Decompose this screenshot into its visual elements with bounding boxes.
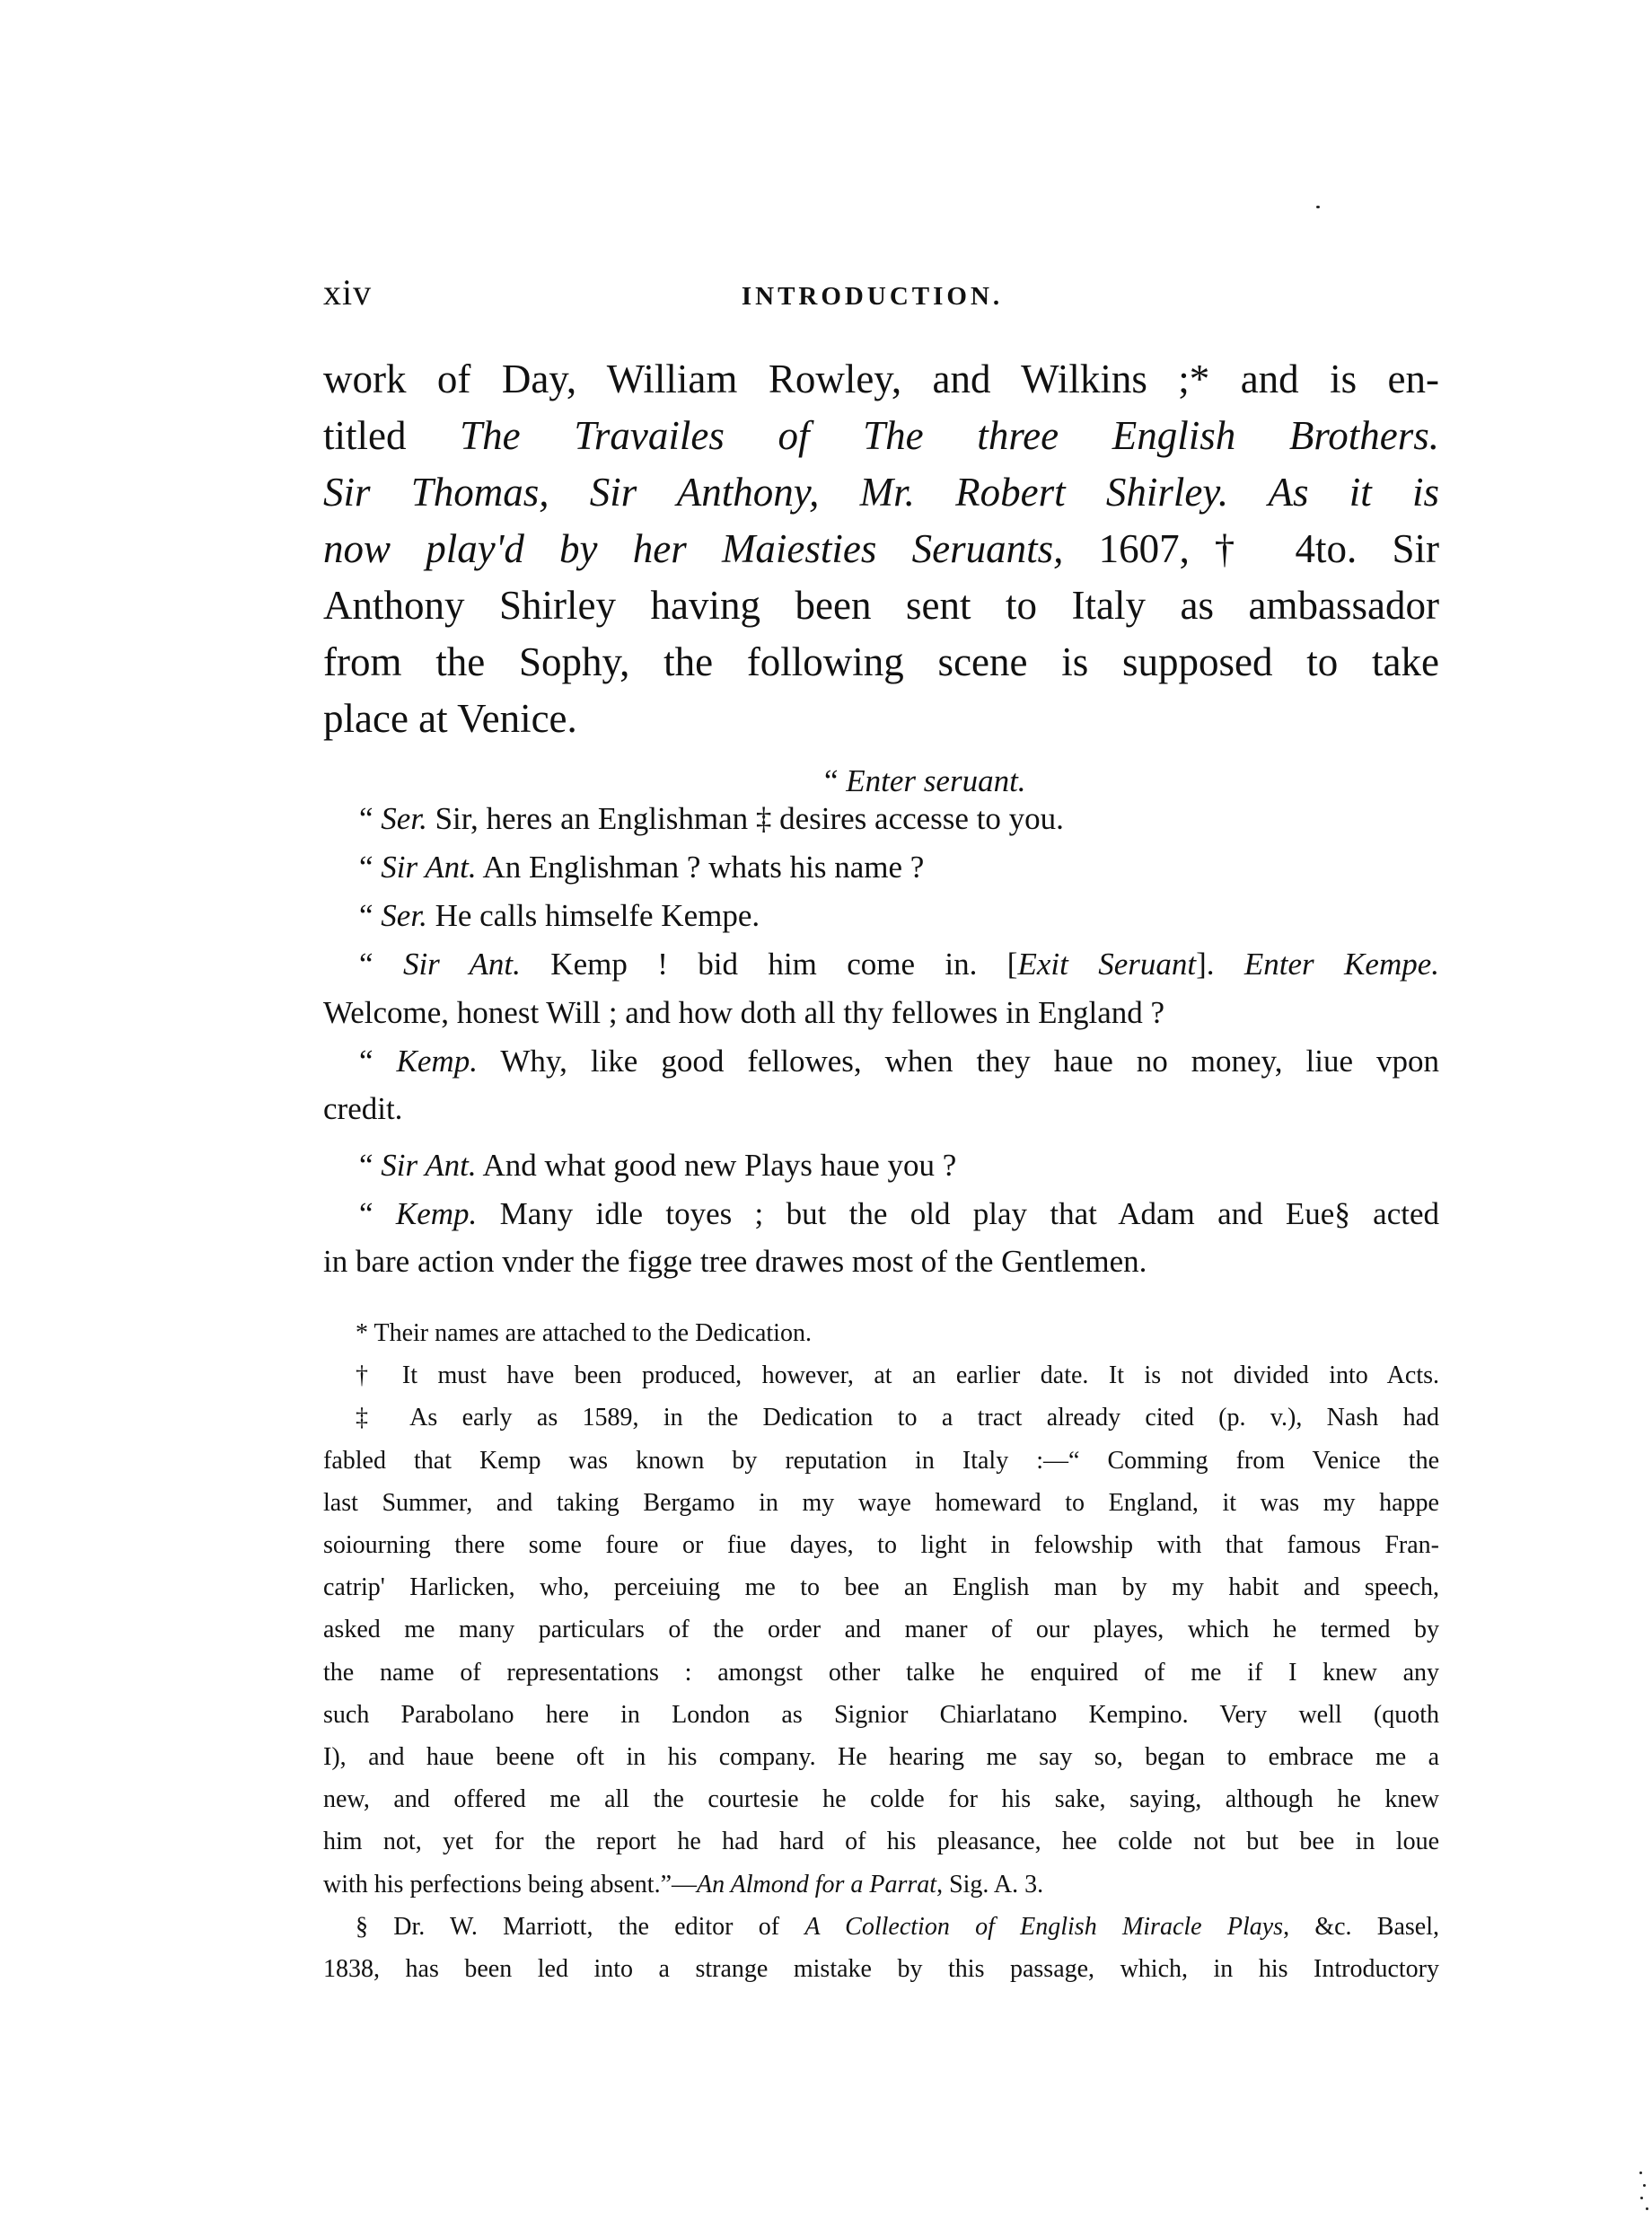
footnote-line: catrip' Harlicken, who, perceiuing me to… <box>323 1572 1439 1604</box>
dialogue-line: credit. <box>323 1089 1439 1129</box>
footnote-line: him not, yet for the report he had hard … <box>323 1826 1439 1858</box>
scan-speck <box>1639 2172 1642 2174</box>
text-run: credit. <box>323 1091 402 1126</box>
body-line: work of Day, William Rowley, and Wilkins… <box>323 356 1439 402</box>
italic-text: Enter seruant. <box>846 763 1025 798</box>
dialogue-line: “ Sir Ant. And what good new Plays haue … <box>323 1146 1439 1185</box>
text-run: place at Venice. <box>323 696 577 741</box>
italic-text: Sir Ant. <box>381 850 476 885</box>
text-run: “ <box>824 763 846 798</box>
text-run: “ <box>359 850 381 885</box>
body-line: titled The Travailes of The three Englis… <box>323 412 1439 459</box>
footnote-line: 1838, has been led into a strange mistak… <box>323 1953 1439 1986</box>
footnote-line: I), and haue beene oft in his company. H… <box>323 1741 1439 1774</box>
italic-text: A Collection of English Miracle Plays <box>804 1913 1283 1941</box>
italic-text: Sir Thomas, Sir Anthony, Mr. Robert Shir… <box>323 470 1439 515</box>
footnote-line: with his perfections being absent.”—An A… <box>323 1869 1439 1901</box>
dialogue-line: “ Sir Ant. An Englishman ? whats his nam… <box>323 848 1439 887</box>
italic-text: The Travailes of The three English Broth… <box>460 413 1439 458</box>
text-run: , &c. Basel, <box>1283 1913 1439 1941</box>
italic-text: Sir Ant. <box>381 1148 476 1183</box>
dialogue-line: “ Kemp. Why, like good fellowes, when th… <box>323 1042 1439 1081</box>
italic-text: Kemp. <box>396 1196 477 1231</box>
text-run: I), and haue beene oft in his company. H… <box>323 1743 1439 1771</box>
scan-speck <box>1643 2184 1646 2187</box>
text-run: from the Sophy, the following scene is s… <box>323 639 1439 684</box>
scan-speck <box>1646 2207 1648 2210</box>
dialogue-line: “ Ser. He calls himselfe Kempe. <box>323 896 1439 936</box>
text-run: soiourning there some foure or fiue daye… <box>323 1531 1439 1559</box>
text-run: * Their names are attached to the Dedica… <box>356 1319 812 1347</box>
dialogue-line: “ Sir Ant. Kemp ! bid him come in. [Exit… <box>323 945 1439 984</box>
body-line: from the Sophy, the following scene is s… <box>323 639 1439 685</box>
text-run: Anthony Shirley having been sent to Ital… <box>323 583 1439 628</box>
dialogue-line: “ Ser. Sir, heres an Englishman ‡ desire… <box>323 799 1439 839</box>
text-run: 1838, has been led into a strange mistak… <box>323 1955 1439 1983</box>
body-line: now play'd by her Maiesties Seruants, 16… <box>323 525 1439 572</box>
text-run: fabled that Kemp was known by reputation… <box>323 1447 1439 1475</box>
text-run: An Englishman ? whats his name ? <box>477 850 925 885</box>
text-run: Sir, heres an Englishman ‡ desires acces… <box>427 801 1064 836</box>
italic-text: Kemp. <box>397 1044 478 1079</box>
book-page: xiv INTRODUCTION. work of Day, William R… <box>0 0 1652 2220</box>
footnote-line: * Their names are attached to the Dedica… <box>323 1317 1439 1350</box>
text-run: † It must have been produced, however, a… <box>356 1361 1439 1389</box>
dialogue-line: in bare action vnder the figge tree draw… <box>323 1242 1439 1282</box>
dialogue-line: “ Kemp. Many idle toyes ; but the old pl… <box>323 1194 1439 1234</box>
footnote-line: last Summer, and taking Bergamo in my wa… <box>323 1487 1439 1520</box>
text-run: 1607,† 4to. Sir <box>1063 526 1439 571</box>
text-run: new, and offered me all the courtesie he… <box>323 1785 1439 1813</box>
italic-text: An Almond for a Parrat <box>697 1871 936 1898</box>
italic-text: Ser. <box>381 898 427 933</box>
text-run: , Sig. A. 3. <box>936 1871 1043 1898</box>
scan-speck <box>1640 2197 1643 2199</box>
dialogue-line: Welcome, honest Will ; and how doth all … <box>323 993 1439 1033</box>
text-run: such Parabolano here in London as Signio… <box>323 1701 1439 1729</box>
italic-text: now play'd by her Maiesties Seruants, <box>323 526 1063 571</box>
footnote-line: soiourning there some foure or fiue daye… <box>323 1529 1439 1562</box>
text-run: him not, yet for the report he had hard … <box>323 1828 1439 1855</box>
text-run: Why, like good fellowes, when they haue … <box>478 1044 1439 1079</box>
footnote-line: fabled that Kemp was known by reputation… <box>323 1445 1439 1477</box>
text-run: “ <box>359 898 381 933</box>
footnote-line: ‡ As early as 1589, in the Dedication to… <box>323 1402 1439 1434</box>
scan-speck <box>1316 206 1320 208</box>
text-run: ]. <box>1196 947 1244 982</box>
footnote-line: such Parabolano here in London as Signio… <box>323 1699 1439 1731</box>
text-run: “ <box>359 1148 381 1183</box>
text-run: “ <box>359 947 403 982</box>
text-run: the name of representations : amongst ot… <box>323 1659 1439 1687</box>
text-run: And what good new Plays haue you ? <box>477 1148 957 1183</box>
italic-text: Ser. <box>381 801 427 836</box>
italic-text: Sir Ant. <box>403 947 521 982</box>
text-run: in bare action vnder the figge tree draw… <box>323 1244 1147 1279</box>
text-run: “ <box>359 1044 397 1079</box>
footnote-line: the name of representations : amongst ot… <box>323 1657 1439 1689</box>
text-run: § Dr. W. Marriott, the editor of <box>356 1913 804 1941</box>
footnote-line: new, and offered me all the courtesie he… <box>323 1784 1439 1816</box>
text-run: “ <box>359 1196 396 1231</box>
text-run: “ <box>359 801 381 836</box>
text-run: work of Day, William Rowley, and Wilkins… <box>323 357 1439 401</box>
body-line: place at Venice. <box>323 695 1439 742</box>
text-run: catrip' Harlicken, who, perceiuing me to… <box>323 1573 1439 1601</box>
italic-text: Enter Kempe. <box>1244 947 1439 982</box>
body-line: Anthony Shirley having been sent to Ital… <box>323 582 1439 629</box>
text-run: Welcome, honest Will ; and how doth all … <box>323 995 1164 1030</box>
running-title-text: INTRODUCTION. <box>742 282 1003 311</box>
text-run: Many idle toyes ; but the old play that … <box>477 1196 1439 1231</box>
text-run: last Summer, and taking Bergamo in my wa… <box>323 1489 1439 1517</box>
text-run: asked me many particulars of the order a… <box>323 1616 1439 1643</box>
footnote-line: † It must have been produced, however, a… <box>323 1360 1439 1392</box>
footnote-line: § Dr. W. Marriott, the editor of A Colle… <box>323 1911 1439 1943</box>
text-run: Kemp ! bid him come in. [ <box>521 947 1018 982</box>
running-title: INTRODUCTION. <box>323 280 1439 313</box>
stage-direction: “ Enter seruant. <box>824 762 1026 801</box>
text-run: He calls himselfe Kempe. <box>427 898 760 933</box>
italic-text: Exit Seruant <box>1017 947 1196 982</box>
text-run: titled <box>323 413 460 458</box>
footnote-line: asked me many particulars of the order a… <box>323 1614 1439 1646</box>
body-line: Sir Thomas, Sir Anthony, Mr. Robert Shir… <box>323 469 1439 515</box>
text-run: with his perfections being absent.”— <box>323 1871 697 1898</box>
text-run: ‡ As early as 1589, in the Dedication to… <box>356 1404 1439 1432</box>
